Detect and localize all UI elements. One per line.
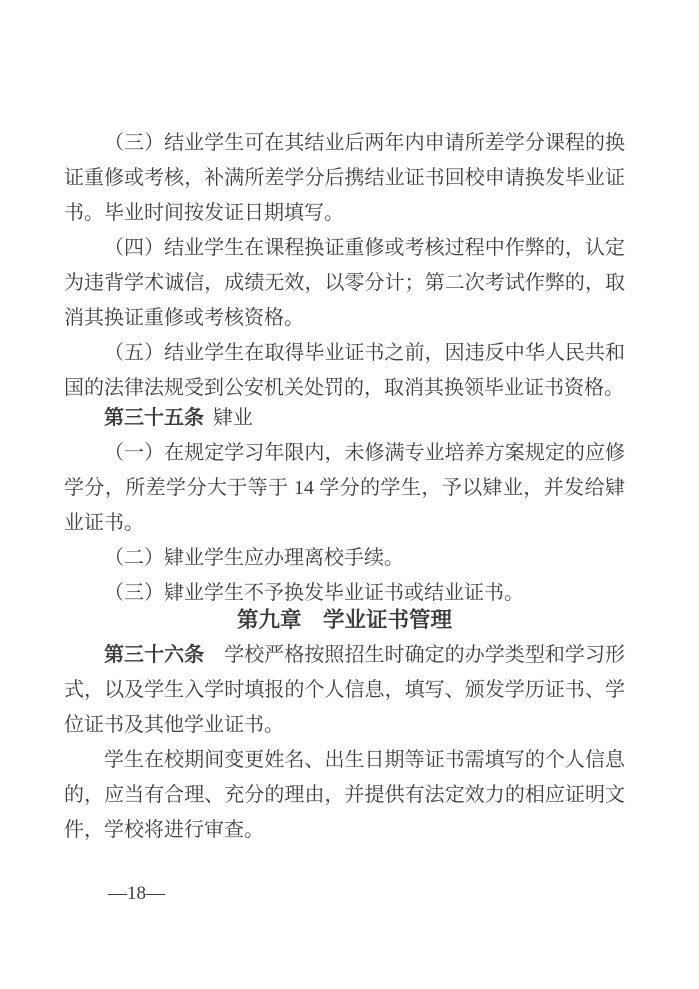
clause-4-cheating-paragraph: （四）结业学生在课程换证重修或考核过程中作弊的，认定为违背学术诚信，成绩无效，以… <box>64 231 625 336</box>
name-change-paragraph: 学生在校期间变更姓名、出生日期等证书需填写的个人信息的，应当有合理、充分的理由，… <box>64 743 625 848</box>
clause-2-leave-paragraph: （二）肄业学生应办理离校手续。 <box>64 541 625 576</box>
article-36-number: 第三十六条 <box>104 644 204 666</box>
clause-1-credits-paragraph: （一）在规定学习年限内，未修满专业培养方案规定的应修学分，所差学分大于等于 14… <box>64 436 625 541</box>
document-content: （三）结业学生可在其结业后两年内申请所差学分课程的换证重修或考核，补满所差学分后… <box>64 126 625 848</box>
document-page: （三）结业学生可在其结业后两年内申请所差学分课程的换证重修或考核，补满所差学分后… <box>0 0 699 989</box>
article-35-number: 第三十五条 <box>104 407 204 429</box>
clause-3-graduation-paragraph: （三）结业学生可在其结业后两年内申请所差学分课程的换证重修或考核，补满所差学分后… <box>64 126 625 231</box>
clause-5-law-paragraph: （五）结业学生在取得毕业证书之前，因违反中华人民共和国的法律法规受到公安机关处罚… <box>64 336 625 406</box>
article-35-title: 肄业 <box>213 407 253 429</box>
article-35-heading: 第三十五条肄业 <box>64 401 625 436</box>
article-36-paragraph: 第三十六条学校严格按照招生时确定的办学类型和学习形式，以及学生入学时填报的个人信… <box>64 638 625 743</box>
page-number: —18— <box>108 883 165 905</box>
